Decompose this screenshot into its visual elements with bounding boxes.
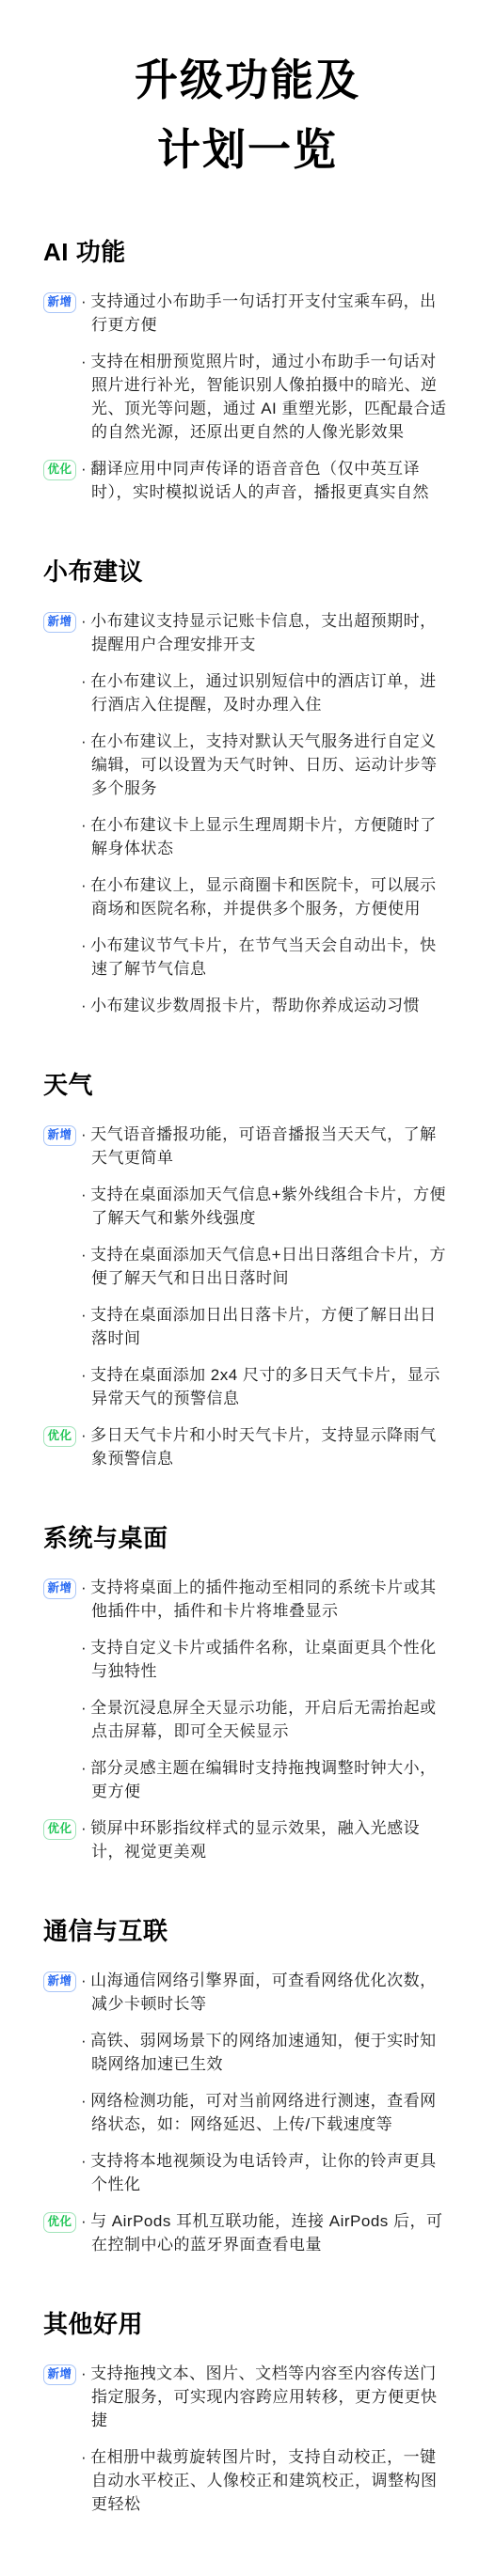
list-item: 小布建议节气卡片，在节气当天会自动出卡，快速了解节气信息 — [43, 934, 452, 981]
list-item: 优化与 AirPods 耳机互联功能，连接 AirPods 后，可在控制中心的蓝… — [43, 2209, 452, 2256]
item-text: 在小布建议上，通过识别短信中的酒店订单，进行酒店入住提醒，及时办理入住 — [81, 669, 452, 716]
item-text: 网络检测功能，可对当前网络进行测速，查看网络状态，如：网络延迟、上传/下载速度等 — [81, 2089, 452, 2136]
item-text: 山海通信网络引擎界面，可查看网络优化次数，减少卡顿时长等 — [81, 1969, 452, 2016]
item-text: 支持在相册预览照片时，通过小布助手一句话对照片进行补光，智能识别人像拍摄中的暗光… — [81, 350, 452, 444]
list-item: 在小布建议卡上显示生理周期卡片，方便随时了解身体状态 — [43, 813, 452, 860]
section-title: 天气 — [43, 1070, 452, 1100]
item-text: 支持在桌面添加 2x4 尺寸的多日天气卡片，显示异常天气的预警信息 — [81, 1363, 452, 1410]
section-title: 其他好用 — [43, 2309, 452, 2339]
item-text: 支持通过小布助手一句话打开支付宝乘车码，出行更方便 — [81, 290, 452, 337]
badge-column — [43, 1756, 81, 1759]
badge-column: 新增 — [43, 290, 81, 313]
list-item: 支持自定义卡片或插件名称，让桌面更具个性化与独特性 — [43, 1636, 452, 1683]
status-badge-optimized: 优化 — [43, 2212, 76, 2233]
list-item: 全景沉浸息屏全天显示功能，开启后无需抬起或点击屏幕，即可全天候显示 — [43, 1696, 452, 1743]
item-text: 部分灵感主题在编辑时支持拖拽调整时钟大小，更方便 — [81, 1756, 452, 1803]
list-item: 在相册中裁剪旋转图片时，支持自动校正，一键自动水平校正、人像校正和建筑校正，调整… — [43, 2445, 452, 2516]
badge-column — [43, 873, 81, 876]
section-title: 系统与桌面 — [43, 1523, 452, 1553]
item-text: 在小布建议上，支持对默认天气服务进行自定义编辑，可以设置为天气时钟、日历、运动计… — [81, 730, 452, 800]
item-text: 在相册中裁剪旋转图片时，支持自动校正，一键自动水平校正、人像校正和建筑校正，调整… — [81, 2445, 452, 2516]
list-item: 支持在相册预览照片时，通过小布助手一句话对照片进行补光，智能识别人像拍摄中的暗光… — [43, 350, 452, 444]
list-item: 小布建议步数周报卡片，帮助你养成运动习惯 — [43, 994, 452, 1017]
badge-column: 新增 — [43, 1123, 81, 1146]
list-item: 支持在桌面添加日出日落卡片，方便了解日出日落时间 — [43, 1303, 452, 1350]
item-text: 支持将桌面上的插件拖动至相同的系统卡片或其他插件中，插件和卡片将堆叠显示 — [81, 1576, 452, 1623]
status-badge-new: 新增 — [43, 1125, 76, 1146]
badge-column: 新增 — [43, 609, 81, 633]
section-title: AI 功能 — [43, 237, 452, 267]
section: AI 功能新增支持通过小布助手一句话打开支付宝乘车码，出行更方便支持在相册预览照… — [43, 237, 452, 504]
badge-column — [43, 1243, 81, 1246]
status-badge-new: 新增 — [43, 292, 76, 313]
page-title-line2: 计划一览 — [157, 125, 338, 174]
badge-column: 优化 — [43, 457, 81, 480]
badge-column — [43, 730, 81, 732]
badge-column — [43, 669, 81, 672]
status-badge-new: 新增 — [43, 1971, 76, 1992]
badge-column — [43, 1303, 81, 1306]
section: 小布建议新增小布建议支持显示记账卡信息，支出超预期时，提醒用户合理安排开支在小布… — [43, 557, 452, 1017]
list-item: 支持在桌面添加天气信息+紫外线组合卡片，方便了解天气和紫外线强度 — [43, 1183, 452, 1230]
badge-column — [43, 2149, 81, 2152]
badge-column — [43, 934, 81, 936]
badge-column — [43, 1183, 81, 1186]
badge-column — [43, 1363, 81, 1366]
list-item: 部分灵感主题在编辑时支持拖拽调整时钟大小，更方便 — [43, 1756, 452, 1803]
page-title-line1: 升级功能及 — [135, 55, 360, 104]
list-item: 在小布建议上，支持对默认天气服务进行自定义编辑，可以设置为天气时钟、日历、运动计… — [43, 730, 452, 800]
status-badge-new: 新增 — [43, 1579, 76, 1599]
item-text: 全景沉浸息屏全天显示功能，开启后无需抬起或点击屏幕，即可全天候显示 — [81, 1696, 452, 1743]
badge-column — [43, 1636, 81, 1639]
badge-column: 优化 — [43, 1816, 81, 1840]
list-item: 新增支持通过小布助手一句话打开支付宝乘车码，出行更方便 — [43, 290, 452, 337]
badge-column: 优化 — [43, 1423, 81, 1447]
list-item: 支持将本地视频设为电话铃声，让你的铃声更具个性化 — [43, 2149, 452, 2196]
section: 天气新增天气语音播报功能，可语音播报当天天气，了解天气更简单支持在桌面添加天气信… — [43, 1070, 452, 1470]
badge-column: 新增 — [43, 1576, 81, 1599]
item-text: 天气语音播报功能，可语音播报当天天气，了解天气更简单 — [81, 1123, 452, 1170]
badge-column: 新增 — [43, 2362, 81, 2385]
badge-column: 新增 — [43, 1969, 81, 1992]
item-text: 支持自定义卡片或插件名称，让桌面更具个性化与独特性 — [81, 1636, 452, 1683]
section: 通信与互联新增山海通信网络引擎界面，可查看网络优化次数，减少卡顿时长等高铁、弱网… — [43, 1916, 452, 2256]
status-badge-optimized: 优化 — [43, 460, 76, 480]
item-text: 支持在桌面添加天气信息+紫外线组合卡片，方便了解天气和紫外线强度 — [81, 1183, 452, 1230]
badge-column — [43, 813, 81, 816]
badge-column — [43, 350, 81, 353]
changelog-page: 升级功能及 计划一览 AI 功能新增支持通过小布助手一句话打开支付宝乘车码，出行… — [0, 0, 495, 2576]
list-item: 支持在桌面添加天气信息+日出日落组合卡片，方便了解天气和日出日落时间 — [43, 1243, 452, 1290]
list-item: 优化锁屏中环影指纹样式的显示效果，融入光感设计，视觉更美观 — [43, 1816, 452, 1863]
item-text: 翻译应用中同声传译的语音音色（仅中英互译时），实时模拟说话人的声音，播报更真实自… — [81, 457, 452, 504]
list-item: 在小布建议上，显示商圈卡和医院卡，可以展示商场和医院名称，并提供多个服务，方便使… — [43, 873, 452, 920]
item-text: 支持在桌面添加天气信息+日出日落组合卡片，方便了解天气和日出日落时间 — [81, 1243, 452, 1290]
item-text: 在小布建议上，显示商圈卡和医院卡，可以展示商场和医院名称，并提供多个服务，方便使… — [81, 873, 452, 920]
item-text: 高铁、弱网场景下的网络加速通知，便于实时知晓网络加速已生效 — [81, 2029, 452, 2076]
item-text: 支持将本地视频设为电话铃声，让你的铃声更具个性化 — [81, 2149, 452, 2196]
sections-list: AI 功能新增支持通过小布助手一句话打开支付宝乘车码，出行更方便支持在相册预览照… — [43, 237, 452, 2516]
badge-column — [43, 2089, 81, 2092]
badge-column: 优化 — [43, 2209, 81, 2233]
section-title: 小布建议 — [43, 557, 452, 587]
item-text: 小布建议步数周报卡片，帮助你养成运动习惯 — [81, 994, 452, 1017]
list-item: 新增支持将桌面上的插件拖动至相同的系统卡片或其他插件中，插件和卡片将堆叠显示 — [43, 1576, 452, 1623]
list-item: 网络检测功能，可对当前网络进行测速，查看网络状态，如：网络延迟、上传/下载速度等 — [43, 2089, 452, 2136]
item-text: 支持在桌面添加日出日落卡片，方便了解日出日落时间 — [81, 1303, 452, 1350]
badge-column — [43, 1696, 81, 1699]
status-badge-new: 新增 — [43, 2364, 76, 2385]
item-text: 与 AirPods 耳机互联功能，连接 AirPods 后，可在控制中心的蓝牙界… — [81, 2209, 452, 2256]
list-item: 高铁、弱网场景下的网络加速通知，便于实时知晓网络加速已生效 — [43, 2029, 452, 2076]
list-item: 新增天气语音播报功能，可语音播报当天天气，了解天气更简单 — [43, 1123, 452, 1170]
item-text: 小布建议节气卡片，在节气当天会自动出卡，快速了解节气信息 — [81, 934, 452, 981]
section-title: 通信与互联 — [43, 1916, 452, 1946]
item-text: 多日天气卡片和小时天气卡片，支持显示降雨气象预警信息 — [81, 1423, 452, 1470]
item-text: 锁屏中环影指纹样式的显示效果，融入光感设计，视觉更美观 — [81, 1816, 452, 1863]
list-item: 新增小布建议支持显示记账卡信息，支出超预期时，提醒用户合理安排开支 — [43, 609, 452, 656]
status-badge-new: 新增 — [43, 612, 76, 633]
item-text: 小布建议支持显示记账卡信息，支出超预期时，提醒用户合理安排开支 — [81, 609, 452, 656]
section: 系统与桌面新增支持将桌面上的插件拖动至相同的系统卡片或其他插件中，插件和卡片将堆… — [43, 1523, 452, 1863]
section: 其他好用新增支持拖拽文本、图片、文档等内容至内容传送门指定服务，可实现内容跨应用… — [43, 2309, 452, 2516]
list-item: 优化多日天气卡片和小时天气卡片，支持显示降雨气象预警信息 — [43, 1423, 452, 1470]
badge-column — [43, 994, 81, 997]
item-text: 在小布建议卡上显示生理周期卡片，方便随时了解身体状态 — [81, 813, 452, 860]
list-item: 支持在桌面添加 2x4 尺寸的多日天气卡片，显示异常天气的预警信息 — [43, 1363, 452, 1410]
item-text: 支持拖拽文本、图片、文档等内容至内容传送门指定服务，可实现内容跨应用转移，更方便… — [81, 2362, 452, 2432]
badge-column — [43, 2445, 81, 2448]
list-item: 新增支持拖拽文本、图片、文档等内容至内容传送门指定服务，可实现内容跨应用转移，更… — [43, 2362, 452, 2432]
list-item: 在小布建议上，通过识别短信中的酒店订单，进行酒店入住提醒，及时办理入住 — [43, 669, 452, 716]
status-badge-optimized: 优化 — [43, 1819, 76, 1840]
badge-column — [43, 2029, 81, 2032]
page-title: 升级功能及 计划一览 — [43, 45, 452, 184]
list-item: 优化翻译应用中同声传译的语音音色（仅中英互译时），实时模拟说话人的声音，播报更真… — [43, 457, 452, 504]
status-badge-optimized: 优化 — [43, 1426, 76, 1447]
list-item: 新增山海通信网络引擎界面，可查看网络优化次数，减少卡顿时长等 — [43, 1969, 452, 2016]
